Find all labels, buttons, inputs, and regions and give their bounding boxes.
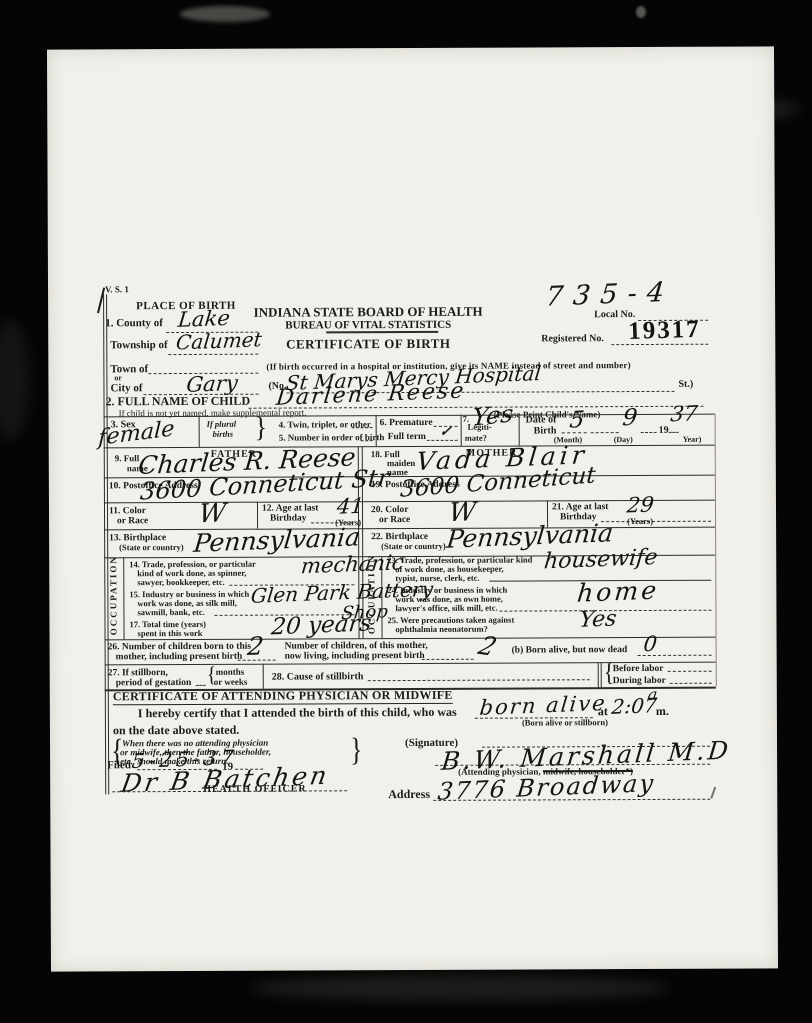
health-officer-label: HEALTH OFFICER bbox=[203, 783, 306, 795]
mother-age-value: 29 bbox=[626, 494, 655, 516]
rule-line bbox=[326, 331, 438, 333]
plural-brace: } bbox=[255, 411, 268, 444]
birth-year-value: 37 bbox=[669, 403, 698, 425]
mother-color-value: W bbox=[448, 499, 477, 526]
birth-month-value: 5 bbox=[568, 409, 585, 433]
rule-line bbox=[461, 415, 462, 446]
father-birthplace-label2: (State or country) bbox=[119, 543, 184, 553]
birth-day-value: 9 bbox=[621, 407, 638, 431]
mother-birthplace-label2: (State or country) bbox=[381, 542, 446, 552]
registered-number-stamp: 19317 bbox=[628, 316, 701, 346]
mother-occupation-label: OCCUPATION bbox=[366, 560, 376, 634]
rule-line bbox=[601, 662, 602, 687]
child-name-label: 2. FULL NAME OF CHILD bbox=[106, 395, 251, 409]
father-color-value: W bbox=[198, 500, 227, 527]
rule-line bbox=[257, 502, 258, 529]
leader-line bbox=[669, 432, 679, 433]
leader-line bbox=[196, 685, 206, 686]
bureau-heading: BUREAU OF VITAL STATISTICS bbox=[248, 319, 488, 332]
children-living-label2: now living, including present birth bbox=[285, 651, 425, 662]
day-label: (Day) bbox=[614, 436, 633, 445]
county-value: Lake bbox=[177, 308, 231, 331]
city-value: Gary bbox=[185, 373, 239, 396]
months-label: months bbox=[216, 667, 245, 677]
address-label: Address bbox=[388, 788, 430, 802]
mother-trade-value: housewife bbox=[543, 547, 659, 573]
children-dead-label: (b) Born alive, but now dead bbox=[512, 645, 628, 656]
township-value: Calumet bbox=[175, 329, 263, 352]
rule-line bbox=[598, 662, 599, 687]
rule-line bbox=[106, 294, 109, 794]
mother-trade-label3: typist, nurse, clerk, etc. bbox=[395, 574, 479, 584]
sex-value: female bbox=[98, 419, 175, 450]
father-name-label: 9. Full bbox=[115, 453, 140, 463]
father-occupation-label: OCCUPATION bbox=[108, 561, 118, 635]
plural-births-label2: births bbox=[213, 430, 233, 440]
father-birthplace-value: Pennsylvania bbox=[193, 524, 362, 556]
father-time-value: 20 years bbox=[270, 612, 372, 639]
father-trade-label3: sawyer, bookkeeper, etc. bbox=[137, 578, 224, 588]
rule-line bbox=[715, 414, 717, 687]
weeks-label: or weeks bbox=[214, 677, 248, 687]
form-code: V. S. 1 bbox=[105, 284, 129, 294]
hospital-st-label: St.) bbox=[678, 379, 693, 390]
leader-line bbox=[668, 671, 712, 672]
year-prefix: 19 bbox=[659, 425, 669, 436]
stillborn-label2: period of gestation bbox=[116, 678, 192, 689]
leader-line bbox=[601, 521, 711, 522]
mother-color-label2: or Race bbox=[379, 515, 410, 526]
certificate-title: CERTIFICATE OF BIRTH bbox=[248, 337, 488, 353]
leader-line bbox=[368, 679, 590, 681]
date-of-birth-label: Date of bbox=[526, 414, 557, 425]
physician-certificate-title: CERTIFICATE OF ATTENDING PHYSICIAN OR MI… bbox=[113, 689, 453, 706]
children-born-value: 2 bbox=[246, 633, 265, 659]
legitimate-value: Yes bbox=[471, 402, 514, 430]
registered-no-label: Registered No. bbox=[541, 333, 604, 344]
father-age-label2: Birthday bbox=[270, 513, 306, 524]
scan-noise bbox=[0, 320, 30, 440]
leader-line bbox=[427, 440, 458, 441]
mother-years-label: (Years) bbox=[627, 517, 653, 527]
children-dead-value: 0 bbox=[643, 634, 659, 656]
township-label: Township of bbox=[110, 339, 167, 352]
local-number-handwritten: 735-4 bbox=[544, 279, 675, 311]
mother-industry-value: home bbox=[576, 578, 661, 606]
certify-line: I hereby certify that I attended the bir… bbox=[138, 706, 457, 721]
ampm-value: a bbox=[647, 687, 658, 703]
father-color-label2: or Race bbox=[117, 516, 148, 527]
document-page: V. S. 1 PLACE OF BIRTH INDIANA STATE BOA… bbox=[47, 46, 778, 971]
before-labor-label: Before labor bbox=[613, 664, 664, 675]
mother-industry-label3: lawyer's office, silk mill, etc. bbox=[395, 604, 497, 614]
mother-precaution-value: Yes bbox=[578, 608, 617, 631]
rule-line bbox=[199, 416, 200, 447]
scan-background: V. S. 1 PLACE OF BIRTH INDIANA STATE BOA… bbox=[0, 0, 812, 1023]
pen-mark bbox=[710, 787, 716, 799]
county-label: 1. County of bbox=[105, 317, 163, 330]
mother-precaution-label2: ophthalmia neonatorum? bbox=[396, 625, 488, 635]
children-born-label2: mother, including present birth bbox=[116, 652, 243, 663]
leader-line bbox=[591, 432, 619, 433]
leader-line bbox=[641, 432, 657, 433]
rule-line bbox=[123, 557, 124, 639]
full-term-label: Full term bbox=[388, 432, 426, 443]
father-age-value: 41 bbox=[336, 496, 365, 518]
year-label: Year) bbox=[683, 436, 702, 445]
leader-line bbox=[422, 659, 474, 660]
leader-line bbox=[361, 440, 373, 441]
note-brace-right: } bbox=[350, 731, 363, 769]
stillbirth-cause-label: 28. Cause of stillbirth bbox=[272, 671, 364, 683]
scan-noise bbox=[180, 6, 270, 22]
born-alive-note: (Born alive or stillborn) bbox=[522, 718, 608, 728]
rule-line bbox=[263, 664, 264, 689]
leader-line bbox=[352, 427, 373, 428]
m-label: m. bbox=[656, 705, 669, 718]
child-name-value: Darlene Reese bbox=[275, 380, 466, 409]
father-time-label2: spent in this work bbox=[138, 629, 203, 639]
born-alive-value: born alive bbox=[479, 693, 608, 719]
scan-noise bbox=[250, 975, 670, 1001]
scan-noise bbox=[636, 6, 646, 18]
leader-line bbox=[670, 683, 712, 684]
date-stated-line: on the date above stated. bbox=[113, 724, 239, 738]
city-label: City of bbox=[110, 382, 142, 394]
premature-label: 6. Premature bbox=[380, 418, 433, 429]
father-industry-label3: sawmill, bank, etc. bbox=[137, 608, 204, 618]
full-term-checkmark: ✓ bbox=[439, 425, 452, 439]
rule-line bbox=[519, 415, 520, 446]
legitimate-label2: mate? bbox=[465, 434, 487, 444]
